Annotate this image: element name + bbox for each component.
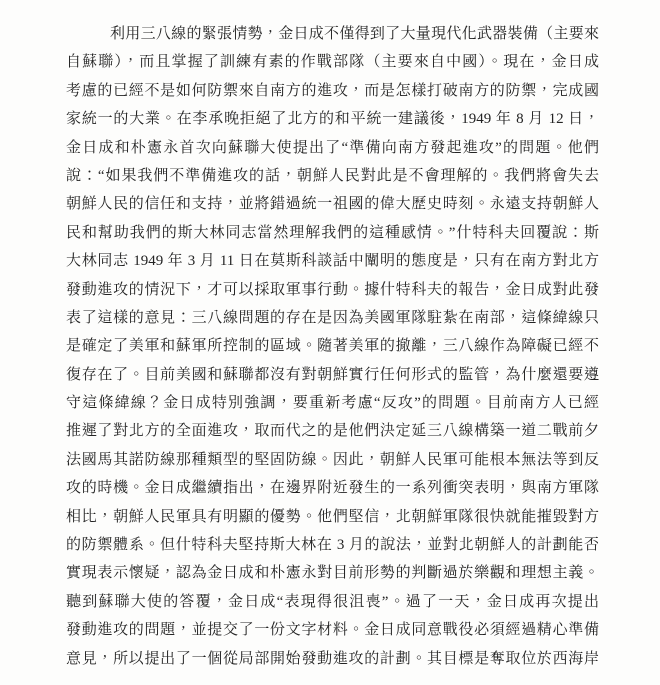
text-line: 大林同志 1949 年 3 月 11 日在莫斯科談話中闡明的態度是，只有在南方對… xyxy=(66,247,599,275)
text-line: 是確定了美軍和蘇軍所控制的區域。隨著美軍的撤離，三八線作為障礙已經不 xyxy=(66,332,599,360)
text-line: 民和幫助我們的斯大林同志當然理解我們的這種感情。”什特科夫回覆說：斯 xyxy=(66,219,599,247)
text-line: 家統一的大業。在李承晚拒絕了北方的和平統一建議後，1949 年 8 月 12 日… xyxy=(66,105,599,133)
page: 利用三八線的緊張情勢，金日成不僅得到了大量現代化武器裝備（主要來自蘇聯），而且掌… xyxy=(0,0,660,685)
text-line: 實現表示懷疑，認為金日成和朴憲永對目前形勢的判斷過於樂觀和理想主義。 xyxy=(66,559,599,587)
text-line: 發動進攻的情況下，才可以採取軍事行動。據什特科夫的報告，金日成對此發 xyxy=(66,276,599,304)
text-line: 表了這樣的意見：三八線問題的存在是因為美國軍隊駐紮在南部，這條緯線只 xyxy=(66,304,599,332)
text-line: 意見，所以提出了一個從局部開始發動進攻的計劃。其目標是奪取位於西海岸 xyxy=(66,645,599,673)
text-line: 相比，朝鮮人民軍具有明顯的優勢。他們堅信，北朝鮮軍隊很快就能摧毀對方 xyxy=(66,503,599,531)
text-line: 利用三八線的緊張情勢，金日成不僅得到了大量現代化武器裝備（主要來 xyxy=(66,20,599,48)
text-line: 攻的時機。金日成繼續指出，在邊界附近發生的一系列衝突表明，與南方軍隊 xyxy=(66,474,599,502)
text-line: 發動進攻的問題，並提交了一份文字材料。金日成同意戰役必須經過精心準備 xyxy=(66,616,599,644)
text-line: 金日成和朴憲永首次向蘇聯大使提出了“準備向南方發起進攻”的問題。他們 xyxy=(66,134,599,162)
text-line: 聽到蘇聯大使的答覆，金日成“表現得很沮喪”。過了一天，金日成再次提出 xyxy=(66,588,599,616)
text-line: 法國馬其諾防線那種類型的堅固防線。因此，朝鮮人民軍可能根本無法等到反 xyxy=(66,446,599,474)
text-line: 復存在了。目前美國和蘇聯都沒有對朝鮮實行任何形式的監管，為什麼還要遵 xyxy=(66,361,599,389)
body-text: 利用三八線的緊張情勢，金日成不僅得到了大量現代化武器裝備（主要來自蘇聯），而且掌… xyxy=(66,20,599,673)
text-line: 朝鮮人民的信任和支持，並將錯過統一祖國的偉大歷史時刻。永遠支持朝鮮人 xyxy=(66,190,599,218)
text-line: 的防禦體系。但什特科夫堅持斯大林在 3 月的說法，並對北朝鮮人的計劃能否 xyxy=(66,531,599,559)
text-line: 推遲了對北方的全面進攻，取而代之的是他們決定延三八線構築一道二戰前夕 xyxy=(66,417,599,445)
text-line: 自蘇聯），而且掌握了訓練有素的作戰部隊（主要來自中國）。現在，金日成 xyxy=(66,48,599,76)
text-line: 考慮的已經不是如何防禦來自南方的進攻，而是怎樣打破南方的防禦，完成國 xyxy=(66,77,599,105)
text-line: 守這條緯線？金日成特別強調，要重新考慮“反攻”的問題。目前南方人已經 xyxy=(66,389,599,417)
text-line: 說：“如果我們不準備進攻的話，朝鮮人民對此是不會理解的。我們將會失去 xyxy=(66,162,599,190)
